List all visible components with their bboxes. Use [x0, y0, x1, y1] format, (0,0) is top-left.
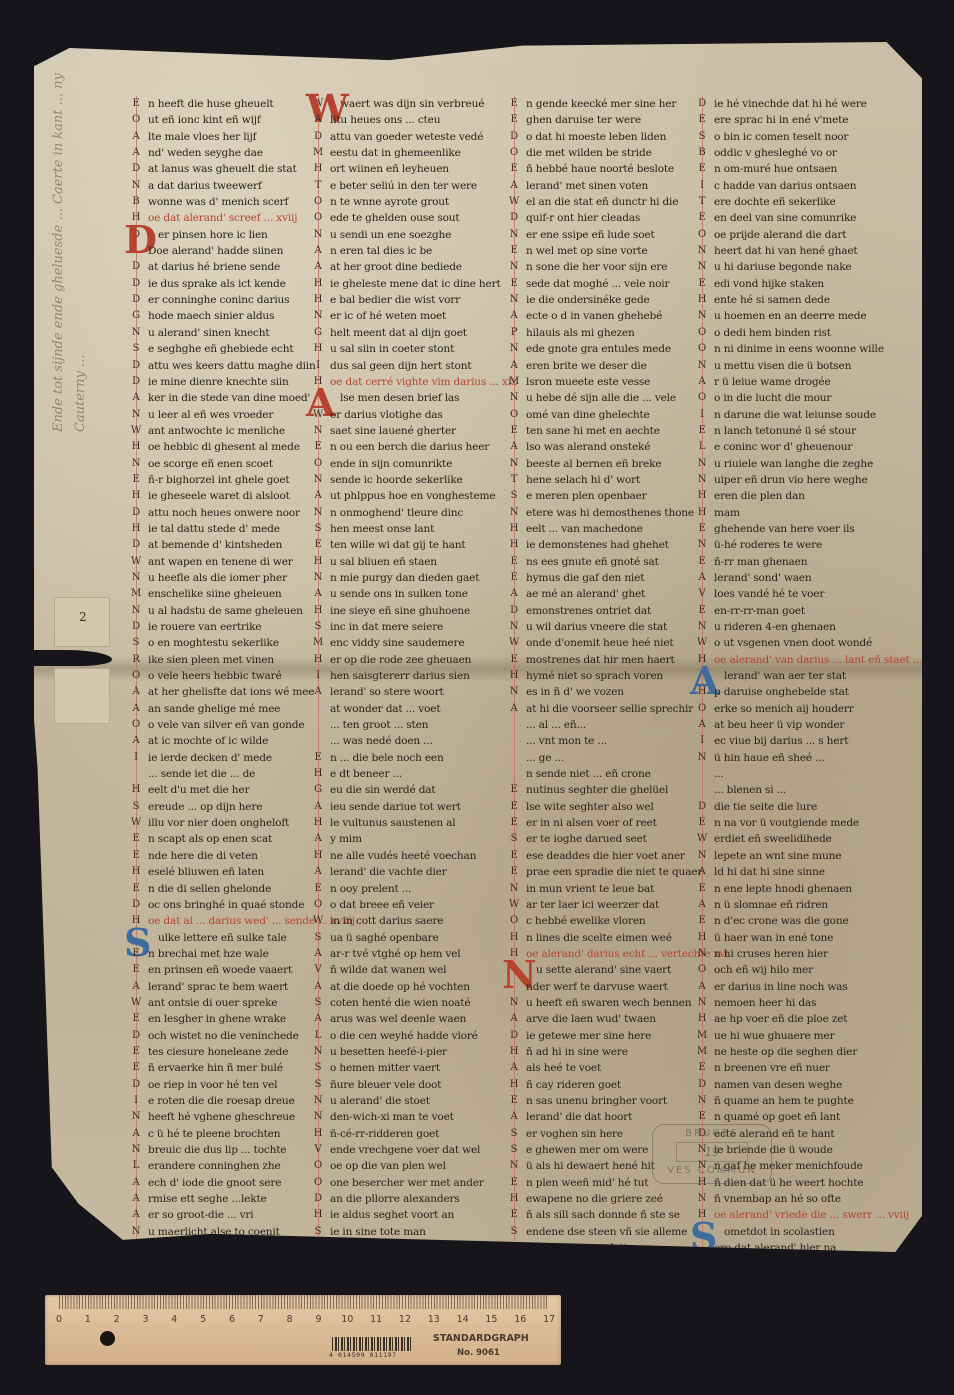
- line-initial: S: [508, 1142, 520, 1158]
- library-stamp: BRUGES 19 VES COMMUN: [652, 1124, 772, 1184]
- text-line: Die mine dienre knechte siin: [130, 374, 326, 390]
- line-text: ere dochte eñ sekerlike: [714, 196, 836, 208]
- line-text: ñure bleuer vele doot: [330, 1079, 441, 1091]
- line-initial: E: [130, 848, 142, 864]
- line-initial: A: [696, 374, 708, 390]
- text-line: Werdiet eñ sweelidihede: [696, 831, 892, 847]
- line-text: n darune die wat leiunse soude: [714, 409, 876, 421]
- line-text: e ghewen mer om were: [526, 1144, 648, 1156]
- text-line: Sereude ... op dijn here: [130, 799, 326, 815]
- line-text: el an die stat eñ dunctr hi die: [526, 196, 678, 208]
- line-text: o in die lucht die mour: [714, 392, 831, 404]
- text-line: Also was alerand onsteké: [508, 439, 704, 455]
- line-initial: N: [130, 456, 142, 472]
- line-initial: E: [312, 537, 324, 553]
- line-initial: W: [130, 554, 142, 570]
- line-text: ieu sende dariue tot wert: [330, 801, 461, 813]
- line-initial: N: [130, 603, 142, 619]
- line-text: erandere conninghen zhe: [148, 1160, 281, 1172]
- line-text: ñ saghette die oude stede: [714, 1291, 847, 1303]
- line-text: o bin ic comen teselt noor: [714, 131, 848, 143]
- line-text: nd' weden seyghe dae: [148, 147, 263, 159]
- line-text: ede gnote gra entules mede: [526, 343, 671, 355]
- text-line: Nu hi dariuse begonde nake: [696, 259, 892, 275]
- text-line: Nnemoen heer hi das: [696, 995, 892, 1011]
- line-text: er darius vlotighe das: [330, 409, 443, 421]
- line-text: ü hin haue eñ sheé ...: [714, 752, 825, 764]
- line-initial: D: [696, 1077, 708, 1093]
- line-text: lso was alerand onsteké: [526, 441, 650, 453]
- text-line: Ner ene ssipe eñ lude soet: [508, 227, 704, 243]
- line-initial: M: [508, 374, 520, 390]
- line-initial: W: [508, 635, 520, 651]
- line-initial: W: [130, 423, 142, 439]
- rubric-heading: Hoe alerand' van darius ... lant eñ stae…: [696, 652, 892, 668]
- text-line: Nn onmoghend' tleure dinc: [312, 505, 508, 521]
- text-line: Vloes vandé hé te voer: [696, 586, 892, 602]
- line-initial: M: [312, 145, 324, 161]
- line-text: dus sal geen dijn hert stont: [330, 360, 471, 372]
- line-initial: A: [696, 717, 708, 733]
- line-text: n lanch tetonuné ü sé stour: [714, 425, 856, 437]
- line-text: ld hi dat hi sine sinne: [714, 866, 825, 878]
- line-text: lerand' wan aer ter stat: [724, 670, 846, 682]
- text-line: Eer in ni alsen voer of reet: [508, 815, 704, 831]
- line-text: ñ cay rideren goet: [526, 1079, 621, 1091]
- line-text: u maerlicht alse to coenit: [148, 1226, 280, 1238]
- line-text: n d'ec crone was die gone: [714, 915, 849, 927]
- ruler-number: 17: [543, 1314, 555, 1325]
- line-initial: A: [130, 1175, 142, 1191]
- line-initial: D: [130, 259, 142, 275]
- line-initial: A: [508, 178, 520, 194]
- line-text: ech d' iode die gnoot sere: [148, 1177, 281, 1189]
- text-line: Aer darius in line noch was: [696, 979, 892, 995]
- stamp-top-text: BRUGES: [653, 1128, 771, 1139]
- text-line: Hñ ad hi in sine were: [508, 1044, 704, 1060]
- line-text: at hi die voorseer sellie sprechir: [526, 703, 693, 715]
- text-line: Menc viddy sine saudemere: [312, 635, 508, 651]
- line-text: lse men desen brief las: [340, 392, 459, 404]
- line-initial: N: [312, 1273, 324, 1289]
- text-line: Vende vrechgene voer dat wel: [312, 1142, 508, 1158]
- text-line: Na dat darius tweewerf: [130, 178, 326, 194]
- line-initial: H: [312, 848, 324, 864]
- line-text: u riuiele wan langhe die zeghe: [714, 458, 873, 470]
- text-line: He dt beneer ...: [312, 766, 508, 782]
- line-text: u alerand' sinen knecht: [148, 327, 269, 339]
- text-line: Ald hi dat hi sine sinne: [696, 864, 892, 880]
- text-line: Nontfinne wederberghe coenut: [130, 1240, 326, 1256]
- text-line: Ende here die di veten: [130, 848, 326, 864]
- text-line: Aan sande ghelige mé mee: [130, 701, 326, 717]
- text-line: Eñ hebbé haue noorté beslote: [508, 161, 704, 177]
- line-initial: A: [130, 701, 142, 717]
- line-text: u sal siin in coeter stont: [330, 343, 454, 355]
- line-initial: N: [508, 881, 520, 897]
- text-line: Nu wil darius vneere die stat: [508, 619, 704, 635]
- line-initial: W: [508, 897, 520, 913]
- line-text: an die pllorre alexanders: [330, 1193, 460, 1205]
- line-initial: N: [130, 325, 142, 341]
- line-initial: D: [130, 292, 142, 308]
- line-text: u besetten heefé-i-pier: [330, 1046, 447, 1058]
- text-line: Hoe hebbic di ghesent al mede: [130, 439, 326, 455]
- line-initial: E: [130, 96, 142, 112]
- line-text: at darius hé briene sende: [148, 261, 280, 273]
- line-text: eelt ... van machedone: [526, 523, 643, 535]
- line-initial: H: [130, 439, 142, 455]
- text-line: Eñ als sill sach donnde ñ ste se: [508, 1207, 704, 1223]
- line-text: waert was dijn sin verbreué: [340, 98, 484, 110]
- line-initial: E: [508, 1093, 520, 1109]
- line-text: in in cott darius saere: [330, 915, 443, 927]
- line-text: n breenen vre eñ nuer: [714, 1062, 830, 1074]
- line-initial: N: [508, 292, 520, 308]
- text-line: Nu riuiele wan langhe die zeghe: [696, 456, 892, 472]
- line-initial: W: [696, 831, 708, 847]
- text-line: Out eñ ionc kint eñ wijf: [130, 112, 326, 128]
- text-line: Ghelt meent dat al dijn goet: [312, 325, 508, 341]
- line-text: och wistet no die veninchede: [148, 1030, 299, 1042]
- text-line: Nede gnote gra entules mede: [508, 341, 704, 357]
- line-initial: E: [130, 1044, 142, 1060]
- text-line: Ner ic of hé weten moet: [312, 308, 508, 324]
- line-initial: H: [508, 930, 520, 946]
- line-text: n heeft die huse gheuelt: [148, 98, 273, 110]
- text-line: War ter laer ici weerzer dat: [508, 897, 704, 913]
- text-line: Eghehende van here voer ils: [696, 521, 892, 537]
- text-line: Eprae een spradie die niet te quaer: [508, 864, 704, 880]
- text-line: En scapt als op enen scat: [130, 831, 326, 847]
- line-initial: H: [312, 341, 324, 357]
- text-line: Nuiper eñ drun vio here weghe: [696, 472, 892, 488]
- line-initial: G: [312, 325, 324, 341]
- line-text: ie tal dattu stede d' mede: [148, 523, 280, 535]
- line-text: ... ge ...: [526, 752, 564, 764]
- line-initial: E: [312, 750, 324, 766]
- line-initial: A: [508, 358, 520, 374]
- text-line: Eñ ond' alons ontwerde hede: [130, 1256, 326, 1272]
- text-line: Etes ciesure honeleane zede: [130, 1044, 326, 1060]
- line-text: ten sane hi met en aechte: [526, 425, 660, 437]
- line-initial: H: [508, 1191, 520, 1207]
- line-initial: N: [130, 1142, 142, 1158]
- line-text: y mim: [330, 833, 362, 845]
- line-initial: N: [696, 848, 708, 864]
- text-line: Eñ ervaerke hin ñ mer bulé: [130, 1060, 326, 1076]
- ruler-number: 0: [56, 1314, 62, 1325]
- text-line: Dan die pllorre alexanders: [312, 1191, 508, 1207]
- line-text: er op die rode zee gheuaen: [330, 654, 471, 666]
- line-initial: O: [312, 1175, 324, 1191]
- line-initial: E: [696, 554, 708, 570]
- text-line: Ay mim: [312, 831, 508, 847]
- line-text: nder werf te darvuse waert: [526, 981, 668, 993]
- line-text: quif-r ont hier cleadas: [526, 212, 640, 224]
- line-text: ec viue bij darius ... s hert: [714, 735, 848, 747]
- line-initial: N: [130, 1109, 142, 1125]
- line-initial: O: [312, 456, 324, 472]
- text-line: He bal bedier die wist vorr: [312, 292, 508, 308]
- line-initial: N: [696, 946, 708, 962]
- line-text: die met wilden be stride: [526, 147, 652, 159]
- line-text: n na vor ü voutgiende mede: [714, 817, 859, 829]
- text-line: In darune die wat leiunse soude: [696, 407, 892, 423]
- line-text: e coninc wor d' gheuenour: [714, 441, 852, 453]
- text-line: An ü slomnae eñ ridren: [696, 897, 892, 913]
- line-initial: E: [508, 848, 520, 864]
- line-initial: I: [130, 1093, 142, 1109]
- text-line: Ooch eñ wij hilo mer: [696, 962, 892, 978]
- line-initial: H: [696, 505, 708, 521]
- line-initial: S: [130, 341, 142, 357]
- text-line: An eren tal dies ic be: [312, 243, 508, 259]
- text-line: ñ gheluocht voor ten ese lan: [508, 1273, 704, 1289]
- line-text: eselé bliuwen eñ laten: [148, 866, 264, 878]
- text-line: Sendene dse steen vñ sie alleme: [508, 1224, 704, 1240]
- text-line: ñ saghette die oude stede: [696, 1289, 892, 1305]
- text-line: Doe riep in voor hé ten vel: [130, 1077, 326, 1093]
- text-line: On ni dinime in eens woonne wille: [696, 341, 892, 357]
- text-line: Nn hi cruses heren hier: [696, 946, 892, 962]
- line-initial: H: [312, 766, 324, 782]
- text-line: Iie ierde decken d' mede: [130, 750, 326, 766]
- line-text: eren brite we deser die: [526, 360, 647, 372]
- text-line: Hle vultunus saustenen al: [312, 815, 508, 831]
- line-initial: S: [312, 521, 324, 537]
- line-text: erdiet eñ sweelidihede: [714, 833, 832, 845]
- text-line: Dat darius hé briene sende: [130, 259, 326, 275]
- line-text: er cerden dvochte wat gnoté: [330, 1242, 479, 1254]
- decorated-initial: S: [690, 1218, 717, 1256]
- text-line: Wer darius vlotighe das: [312, 407, 508, 423]
- line-initial: A: [312, 112, 324, 128]
- line-text: ie getewe mer sine here: [526, 1030, 651, 1042]
- line-initial: M: [312, 635, 324, 651]
- line-text: etere was hi demosthenes thone: [526, 507, 694, 519]
- rubric-heading: Hoe alerand' vriede die ... swerr ... vv…: [696, 1207, 892, 1223]
- line-text: o vele van silver eñ van gonde: [148, 719, 304, 731]
- text-line: Vñ wilde dat wanen wel: [312, 962, 508, 978]
- text-line: Rike sien pleen met vinen: [130, 652, 326, 668]
- line-initial: N: [130, 178, 142, 194]
- line-initial: E: [696, 1060, 708, 1076]
- text-line: En lanch tetonuné ü sé stour: [696, 423, 892, 439]
- text-line: Sie in sine tote man: [312, 1224, 508, 1240]
- line-text: n scapt als op enen scat: [148, 833, 272, 845]
- line-initial: O: [312, 1240, 324, 1256]
- text-line: Nn mie purgy dan dieden gaet: [312, 570, 508, 586]
- text-line: Geu die sin werdé dat: [312, 782, 508, 798]
- text-line: Die rouere van eertrike: [130, 619, 326, 635]
- text-line: Heren die plen dan: [696, 488, 892, 504]
- text-line: Nu besetten heefé-i-pier: [312, 1044, 508, 1060]
- line-text: hymus die gaf den niet: [526, 572, 644, 584]
- line-text: lsron mueete este vesse: [526, 376, 650, 388]
- text-line: Enutinus seghter die ghelüel: [508, 782, 704, 798]
- line-initial: N: [696, 358, 708, 374]
- text-line: En die di sellen ghelonde: [130, 881, 326, 897]
- line-initial: N: [508, 505, 520, 521]
- text-line: Doc ons bringhé in quaé stonde: [130, 897, 326, 913]
- line-text: o dedi hem binden rist: [714, 327, 831, 339]
- line-text: omé van dine ghelechte: [526, 409, 650, 421]
- line-initial: D: [130, 619, 142, 635]
- text-line: Nheert dat hi van hené ghaet: [696, 243, 892, 259]
- text-line: En breenen vre eñ nuer: [696, 1060, 892, 1076]
- line-initial: I: [312, 358, 324, 374]
- line-initial: O: [696, 962, 708, 978]
- text-line: Alerand' die vachte dier: [312, 864, 508, 880]
- line-text: at die doede op hé vochten: [330, 981, 470, 993]
- ruler-number: 14: [457, 1314, 469, 1325]
- line-text: heeft hé vghene gheschreue: [148, 1111, 295, 1123]
- line-text: n brechai met hze wale: [148, 948, 269, 960]
- line-text: als heé te voet: [526, 1062, 601, 1074]
- text-line: Hñ cay rideren goet: [508, 1077, 704, 1093]
- line-text: lte male vloes her lijf: [148, 131, 256, 143]
- text-line: Ihen saisgtererr darius sien: [312, 668, 508, 684]
- line-initial: N: [312, 1093, 324, 1109]
- line-initial: D: [696, 799, 708, 815]
- text-line: Nu sette alerand' sine vaert: [508, 962, 704, 978]
- line-initial: E: [130, 962, 142, 978]
- text-line: Tere dochte eñ sekerlike: [696, 194, 892, 210]
- text-line: Heelt ... van machedone: [508, 521, 704, 537]
- line-text: ie gheleste mene dat ic dine hert: [330, 278, 501, 290]
- line-initial: N: [312, 1109, 324, 1125]
- text-line: Wel an die stat eñ dunctr hi die: [508, 194, 704, 210]
- line-initial: L: [312, 1028, 324, 1044]
- text-line: Nu maerlicht alse to coenit: [130, 1224, 326, 1240]
- line-text: ghehende van here voer ils: [714, 523, 855, 535]
- line-text: ant ontsie di ouer spreke: [148, 997, 277, 1009]
- text-line: Hente hé si samen dede: [696, 292, 892, 308]
- line-initial: H: [312, 161, 324, 177]
- line-text: tes ciesure honeleane zede: [148, 1046, 288, 1058]
- line-initial: O: [312, 194, 324, 210]
- line-initial: A: [130, 145, 142, 161]
- line-initial: S: [130, 799, 142, 815]
- text-line: Se seghghe eñ ghebiede echt: [130, 341, 326, 357]
- text-line: Scoten henté die wien noaté: [312, 995, 508, 1011]
- line-text: ie gheseele waret di alsloot: [148, 490, 290, 502]
- text-line: Aarve die laen wud' twaen: [508, 1011, 704, 1027]
- line-initial: M: [696, 1044, 708, 1060]
- line-text: in mun vrient te leue bat: [526, 883, 654, 895]
- line-initial: O: [312, 210, 324, 226]
- text-line: ... al ... eñ...: [508, 717, 704, 733]
- line-initial: N: [696, 995, 708, 1011]
- line-text: ñ damach te dire hanr niam: [714, 1275, 858, 1287]
- line-initial: N: [508, 456, 520, 472]
- text-line: Hu sal siin in coeter stont: [312, 341, 508, 357]
- text-line: Oer cerden dvochte wat gnoté: [312, 1240, 508, 1256]
- text-line: Een prinsen eñ woede vaaert: [130, 962, 326, 978]
- line-initial: N: [508, 995, 520, 1011]
- line-text: wonne was d' menich scerf: [148, 196, 288, 208]
- text-line: Hie gheseele waret di alsloot: [130, 488, 326, 504]
- line-initial: S: [508, 1224, 520, 1240]
- text-line: Doch wistet no die veninchede: [130, 1028, 326, 1044]
- line-initial: T: [696, 194, 708, 210]
- text-line: Sinc in dat mere seiere: [312, 619, 508, 635]
- line-text: litu heues ons ... cteu: [330, 114, 440, 126]
- line-initial: N: [312, 472, 324, 488]
- text-line: Nu heefle als die iomer pher: [130, 570, 326, 586]
- line-text: ie hé vinechde dat hi hé were: [714, 98, 867, 110]
- line-text: hene selach hi d' wort: [526, 474, 640, 486]
- line-initial: V: [312, 962, 324, 978]
- text-line: Alerand' wan aer ter stat: [696, 668, 892, 684]
- text-line: Netere was hi demosthenes thone: [508, 505, 704, 521]
- text-line: Else wite seghter also wel: [508, 799, 704, 815]
- line-initial: S: [130, 635, 142, 651]
- text-line: Dattu wes keers dattu maghe diin: [130, 358, 326, 374]
- line-initial: W: [312, 913, 324, 929]
- line-initial: E: [696, 276, 708, 292]
- line-initial: A: [312, 864, 324, 880]
- line-text: ü als hi dewaert hené hit: [526, 1160, 655, 1172]
- text-line: Ac ü hé te pleene brochten: [130, 1126, 326, 1142]
- line-text: ie die ondersinéke gede: [526, 294, 650, 306]
- line-initial: E: [508, 864, 520, 880]
- line-initial: A: [312, 259, 324, 275]
- line-text: at ic mochte of ic wilde: [148, 735, 268, 747]
- line-text: u heefle als die iomer pher: [148, 572, 287, 584]
- line-text: p daruise onghebelde stat: [714, 686, 849, 698]
- text-line: Ooe prijde alerand die dart: [696, 227, 892, 243]
- line-text: e seghghe eñ ghebiede echt: [148, 343, 293, 355]
- ruler-number: 8: [287, 1314, 293, 1325]
- line-initial: E: [508, 112, 520, 128]
- text-line: En ou een berch die darius heer: [312, 439, 508, 455]
- line-text: ten wille wi dat gij te hant: [330, 539, 465, 551]
- line-text: prae een spradie die niet te quaer: [526, 866, 702, 878]
- line-initial: N: [130, 1224, 142, 1240]
- ruler-ticks: [59, 1295, 549, 1309]
- text-line: Aalletre hem ene lette: [508, 1240, 704, 1256]
- line-initial: S: [312, 1224, 324, 1240]
- line-initial: E: [130, 1256, 142, 1272]
- line-initial: A: [312, 586, 324, 602]
- line-text: eren die plen dan: [714, 490, 805, 502]
- line-text: n ü slomnae eñ ridren: [714, 899, 828, 911]
- text-column-1: En heeft die huse gheueltOut eñ ionc kin…: [130, 96, 326, 1322]
- line-initial: E: [312, 439, 324, 455]
- text-line: Heselé bliuwen eñ laten: [130, 864, 326, 880]
- line-initial: E: [696, 210, 708, 226]
- line-initial: M: [130, 586, 142, 602]
- line-initial: E: [130, 881, 142, 897]
- line-initial: H: [508, 521, 520, 537]
- line-initial: H: [312, 292, 324, 308]
- text-line: And' weden seyghe dae: [130, 145, 326, 161]
- line-text: onde d'onemit heue heé niet: [526, 637, 673, 649]
- line-text: at bemende d' kintsheden: [148, 539, 282, 551]
- ruler-number: 2: [114, 1314, 120, 1325]
- line-initial: W: [130, 995, 142, 1011]
- text-line: Lo die cen weyhé hadde vloré: [312, 1028, 508, 1044]
- line-text: ... blenen si ...: [714, 784, 786, 796]
- line-initial: A: [312, 831, 324, 847]
- text-line: Hie gheleste mene dat ic dine hert: [312, 276, 508, 292]
- line-initial: N: [696, 243, 708, 259]
- text-line: Eghen daruise ter were: [508, 112, 704, 128]
- text-line: Alitu heues ons ... cteu: [312, 112, 508, 128]
- text-line: Hine sieye eñ sine ghuhoene: [312, 603, 508, 619]
